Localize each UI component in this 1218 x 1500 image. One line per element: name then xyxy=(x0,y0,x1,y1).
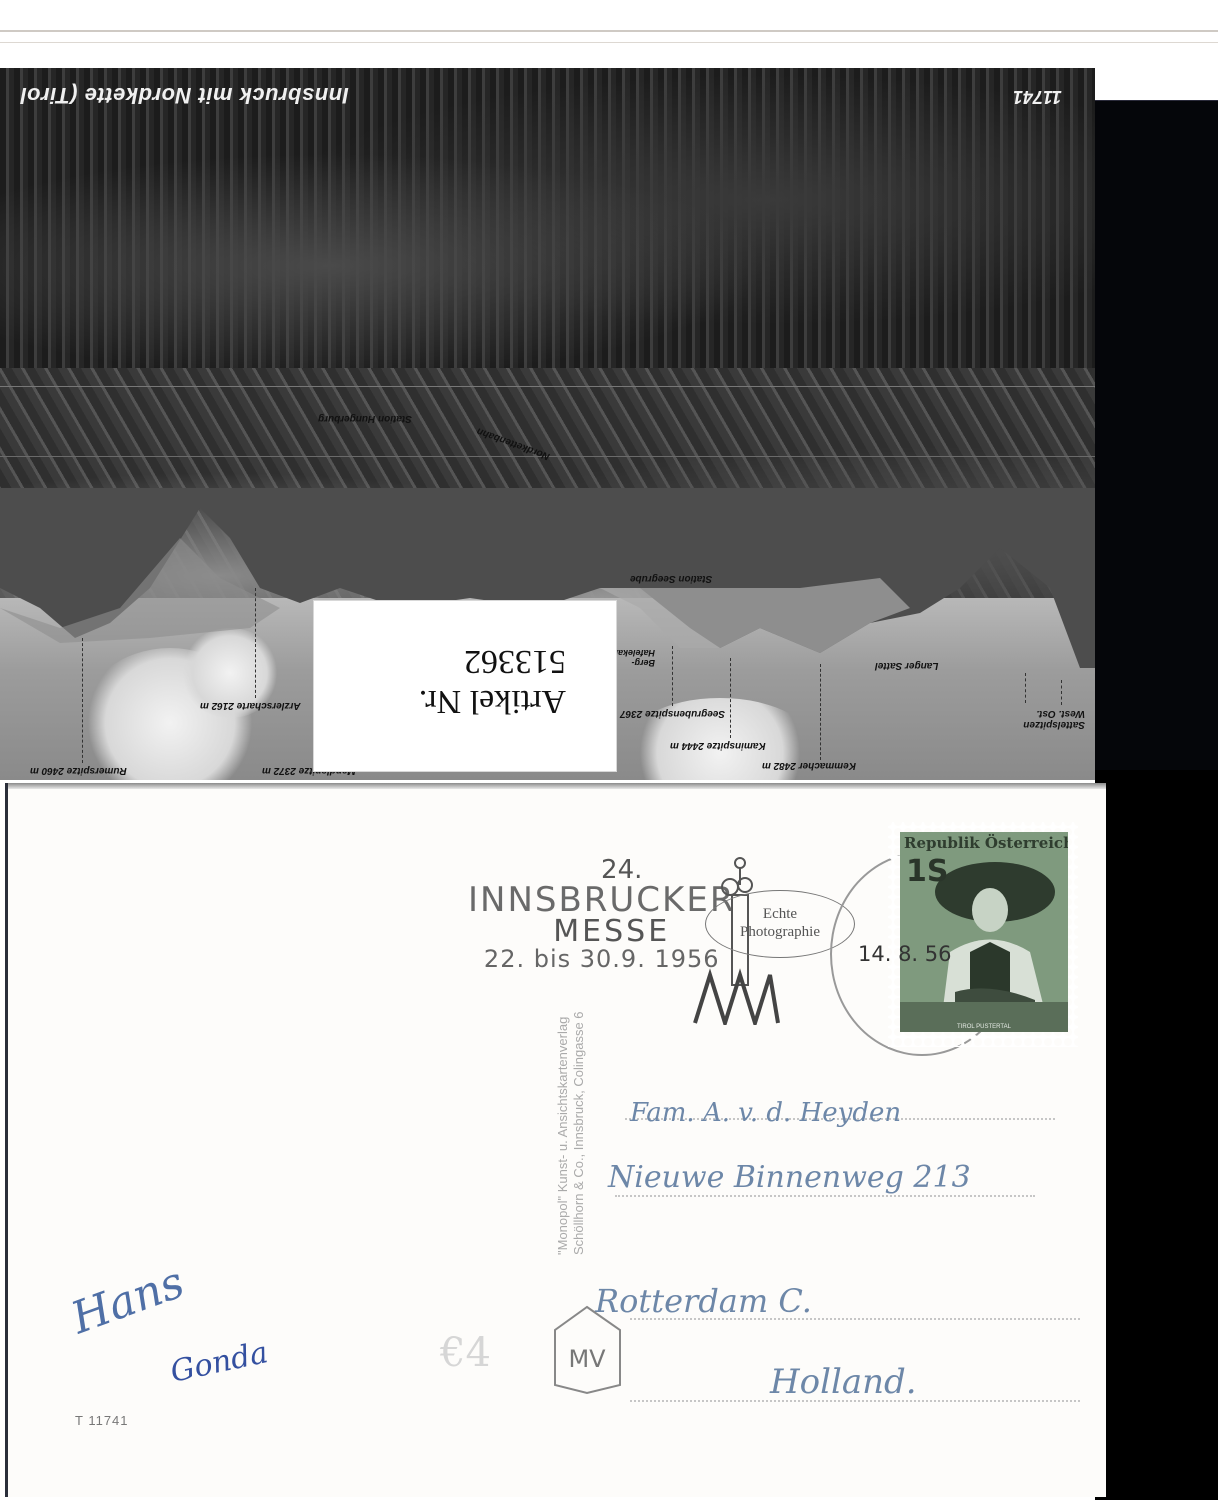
article-number-label: Artikel Nr. 513362 xyxy=(313,600,617,772)
peak-pointer xyxy=(1025,673,1026,703)
peak-pointer xyxy=(1061,680,1062,705)
station-label: Station Seegrube xyxy=(630,573,712,584)
scan-top-rule-2 xyxy=(0,42,1218,43)
peak-label: Sattelspitzen West. Ost. xyxy=(995,708,1085,730)
publisher-line: Schöllhorn & Co., Innsbruck, Colingasse … xyxy=(571,1011,587,1255)
station-label: Station Hungerburg xyxy=(318,413,412,424)
stamp-country: Republik Österreich xyxy=(904,834,1068,852)
peak-label: Seegrubenspitze 2367 xyxy=(620,708,725,719)
postage-stamp: Republik Österreich 1S TIROL PUSTERTAL xyxy=(900,832,1068,1032)
address-street: Nieuwe Binnenweg 213 xyxy=(608,1160,971,1195)
peak-label: Rumerspitze 2460 m xyxy=(30,765,127,776)
peak-label: Langer Sattel xyxy=(875,660,938,671)
peak-pointer xyxy=(672,646,673,706)
peak-label: Arzlerscharte 2162 m xyxy=(200,700,301,711)
scan-background xyxy=(1095,100,1218,780)
scan-top-rule xyxy=(0,30,1218,32)
address-line xyxy=(615,1195,1035,1197)
card-edge xyxy=(8,783,1106,789)
svg-text:MV: MV xyxy=(568,1345,606,1373)
front-title: Innsbruck mit Nordkette (Tirol xyxy=(20,82,349,108)
station-label: Berg-Hafelekar xyxy=(615,648,655,668)
photo-stamp-line: Echte xyxy=(706,905,854,923)
stamp-value: 1S xyxy=(906,854,948,889)
scan-background-lower xyxy=(1095,770,1218,1500)
peak-pointer xyxy=(255,588,256,698)
peak-pointer xyxy=(82,638,83,763)
article-number: 513362 xyxy=(419,641,566,681)
stamp-caption: TIROL PUSTERTAL xyxy=(900,1024,1068,1030)
address-country: Holland. xyxy=(770,1362,917,1402)
mv-publisher-logo: MV xyxy=(550,1305,625,1395)
card-number: 11741 xyxy=(1013,86,1062,107)
publisher-line: "Monopol" Kunst- u. Ansichtskartenverlag xyxy=(555,1011,571,1255)
card-code: T 11741 xyxy=(75,1413,129,1428)
peak-label: Kemmacher 2482 m xyxy=(762,760,856,771)
address-city: Rotterdam C. xyxy=(595,1282,812,1320)
peak-label: Kaminspitze 2444 m xyxy=(670,740,766,751)
publisher-imprint: "Monopol" Kunst- u. Ansichtskartenverlag… xyxy=(555,1011,587,1255)
article-label-text: Artikel Nr. xyxy=(419,681,566,721)
postmark-date: 14. 8. 56 xyxy=(858,942,952,966)
peak-pointer xyxy=(820,664,821,760)
address-recipient: Fam. A. v. d. Heyden xyxy=(630,1098,901,1128)
peak-pointer xyxy=(730,658,731,738)
pencil-price-mark: €4 xyxy=(440,1330,491,1376)
